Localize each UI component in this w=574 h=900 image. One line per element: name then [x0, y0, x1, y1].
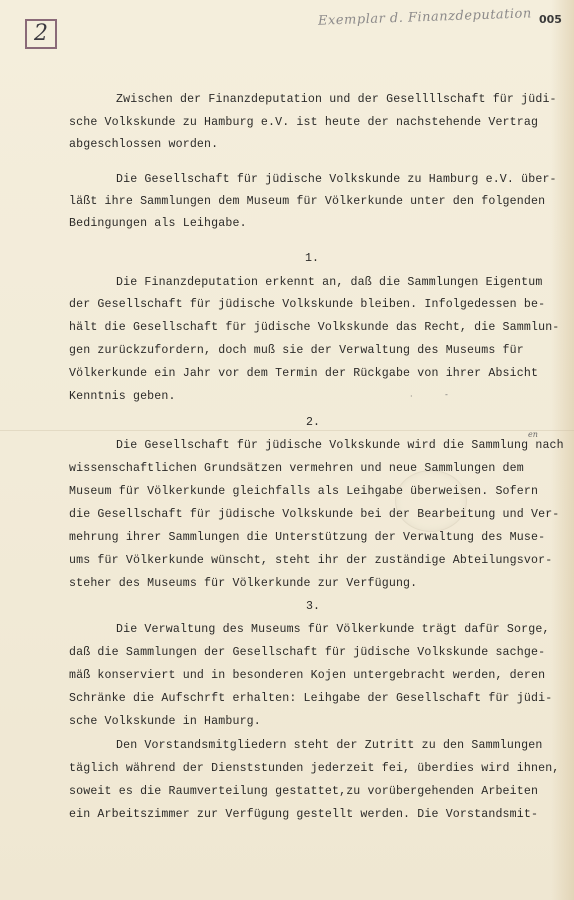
- section-3-cont-line-1: Den Vorstandsmitgliedern steht der Zutri…: [116, 738, 542, 754]
- section-3-cont-line-3: soweit es die Raumverteilung gestattet,z…: [69, 784, 538, 800]
- section-2-line-4: die Gesellschaft für jüdische Volkskunde…: [69, 507, 559, 523]
- section-3-cont-line-2: täglich während der Dienststunden jederz…: [69, 761, 559, 777]
- section-2-number: 2.: [306, 416, 320, 429]
- ink-speck: -: [445, 390, 448, 399]
- section-3-cont-line-4: ein Arbeitszimmer zur Verfügung gestellt…: [69, 807, 538, 823]
- section-3-line-3: mäß konserviert und in besonderen Kojen …: [69, 668, 545, 684]
- section-2-line-7: steher des Museums für Völkerkunde zur V…: [69, 576, 417, 592]
- section-3-number: 3.: [306, 600, 320, 613]
- section-3-line-4: Schränke die Aufschrft erhalten: Leihgab…: [69, 691, 552, 707]
- section-3-line-2: daß die Sammlungen der Gesellschaft für …: [69, 645, 545, 661]
- paper-fold-line: [0, 430, 574, 431]
- section-3-line-5: sche Volkskunde in Hamburg.: [69, 714, 261, 730]
- preamble-line-3: Bedingungen als Leihgabe.: [69, 216, 247, 232]
- stamp-number: 2: [34, 21, 48, 46]
- handwritten-annotation: Exemplar d. Finanzdeputation: [318, 6, 532, 28]
- section-3-line-1: Die Verwaltung des Museums für Völkerkun…: [116, 622, 550, 638]
- section-1-line-1: Die Finanzdeputation erkennt an, daß die…: [116, 275, 542, 291]
- intro-line-2: sche Volkskunde zu Hamburg e.V. ist heut…: [69, 115, 538, 131]
- section-1-number: 1.: [305, 252, 319, 265]
- section-2-line-6: ums für Völkerkunde wünscht, steht ihr d…: [69, 553, 552, 569]
- intro-line-3: abgeschlossen worden.: [69, 137, 218, 153]
- section-1-line-6: Kenntnis geben.: [69, 389, 176, 405]
- section-1-line-2: der Gesellschaft für jüdische Volkskunde…: [69, 297, 545, 313]
- section-1-line-4: gen zurückzufordern, doch muß sie der Ve…: [69, 343, 524, 359]
- document-page: 2 Exemplar d. Finanzdeputation 005 Zwisc…: [0, 0, 574, 900]
- preamble-line-1: Die Gesellschaft für jüdische Volkskunde…: [116, 172, 557, 188]
- archive-stamp-box: 2: [25, 19, 57, 49]
- section-2-line-2: wissenschaftlichen Grundsätzen vermehren…: [69, 461, 524, 477]
- section-2-line-3: Museum für Völkerkunde gleichfalls als L…: [69, 484, 538, 500]
- section-1-line-5: Völkerkunde ein Jahr vor dem Termin der …: [69, 366, 538, 382]
- section-1-line-3: hält die Gesellschaft für jüdische Volks…: [69, 320, 559, 336]
- section-2-line-1: Die Gesellschaft für jüdische Volkskunde…: [116, 438, 564, 454]
- page-number: 005: [539, 13, 562, 26]
- section-2-line-5: mehrung ihrer Sammlungen die Unterstützu…: [69, 530, 545, 546]
- preamble-line-2: läßt ihre Sammlungen dem Museum für Völk…: [69, 194, 545, 210]
- intro-line-1: Zwischen der Finanzdeputation und der Ge…: [116, 92, 557, 108]
- ink-speck: ·: [410, 392, 413, 401]
